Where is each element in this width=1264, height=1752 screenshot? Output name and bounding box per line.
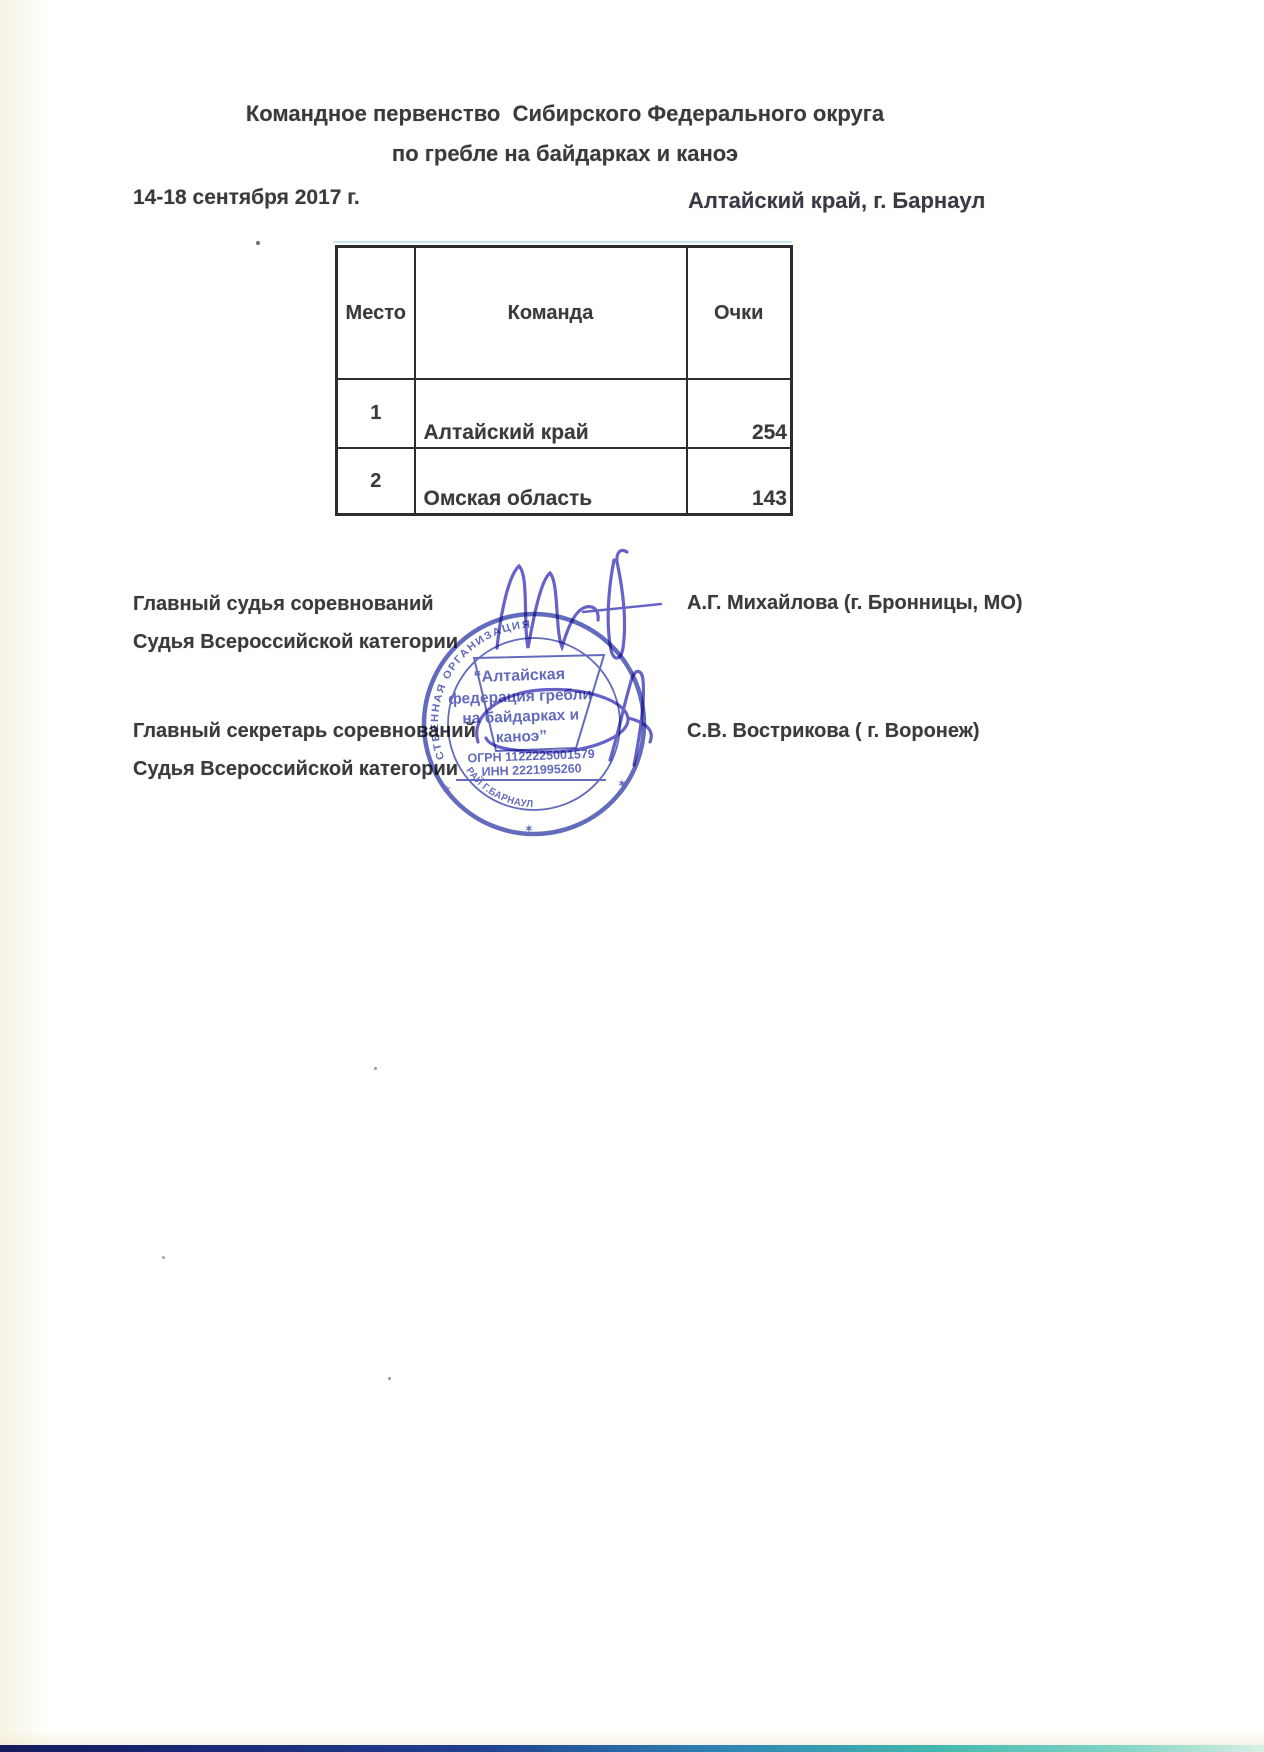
chief-secretary-role-line2: Судья Всероссийской категории <box>133 758 458 781</box>
handwritten-signatures <box>430 538 810 798</box>
scan-bottom-line <box>0 1745 1264 1752</box>
scan-speck <box>374 1067 377 1070</box>
scanned-document-page: Командное первенство Сибирского Федераль… <box>0 0 1264 1752</box>
title-line-1: Командное первенство Сибирского Федераль… <box>150 94 980 134</box>
chief-judge-signature <box>497 550 661 658</box>
table-row: 2 Омская область 143 <box>337 448 792 515</box>
event-dates: 14-18 сентября 2017 г. <box>133 186 360 210</box>
column-header-place: Место <box>337 247 415 380</box>
results-table-wrap: Место Команда Очки 1 Алтайский край 254 … <box>335 245 793 516</box>
scan-speck <box>388 1377 391 1380</box>
column-header-team: Команда <box>415 247 687 380</box>
results-table: Место Команда Очки 1 Алтайский край 254 … <box>335 245 793 516</box>
scan-color-fringe <box>333 241 792 243</box>
place-cell: 2 <box>337 448 415 515</box>
table-row: 1 Алтайский край 254 <box>337 379 792 448</box>
title-line-2: по гребле на байдарках и каноэ <box>150 134 980 174</box>
points-cell: 254 <box>687 379 792 448</box>
stamp-star-bottom: ✶ <box>525 824 533 835</box>
column-header-points: Очки <box>687 247 792 380</box>
points-cell: 143 <box>687 448 792 515</box>
scan-speck <box>162 1256 165 1259</box>
scan-speck <box>256 241 260 245</box>
chief-judge-role-line1: Главный судья соревнований <box>133 593 434 616</box>
scan-edge-tint <box>0 0 48 1752</box>
scan-bottom-band <box>0 1731 1264 1745</box>
place-cell: 1 <box>337 379 415 448</box>
table-header-row: Место Команда Очки <box>337 247 792 380</box>
document-title: Командное первенство Сибирского Федераль… <box>150 94 980 174</box>
team-cell: Омская область <box>415 448 687 515</box>
chief-judge-role-line2: Судья Всероссийской категории <box>133 631 458 654</box>
event-location: Алтайский край, г. Барнаул <box>688 188 985 214</box>
chief-secretary-signature <box>477 671 652 765</box>
team-cell: Алтайский край <box>415 379 687 448</box>
